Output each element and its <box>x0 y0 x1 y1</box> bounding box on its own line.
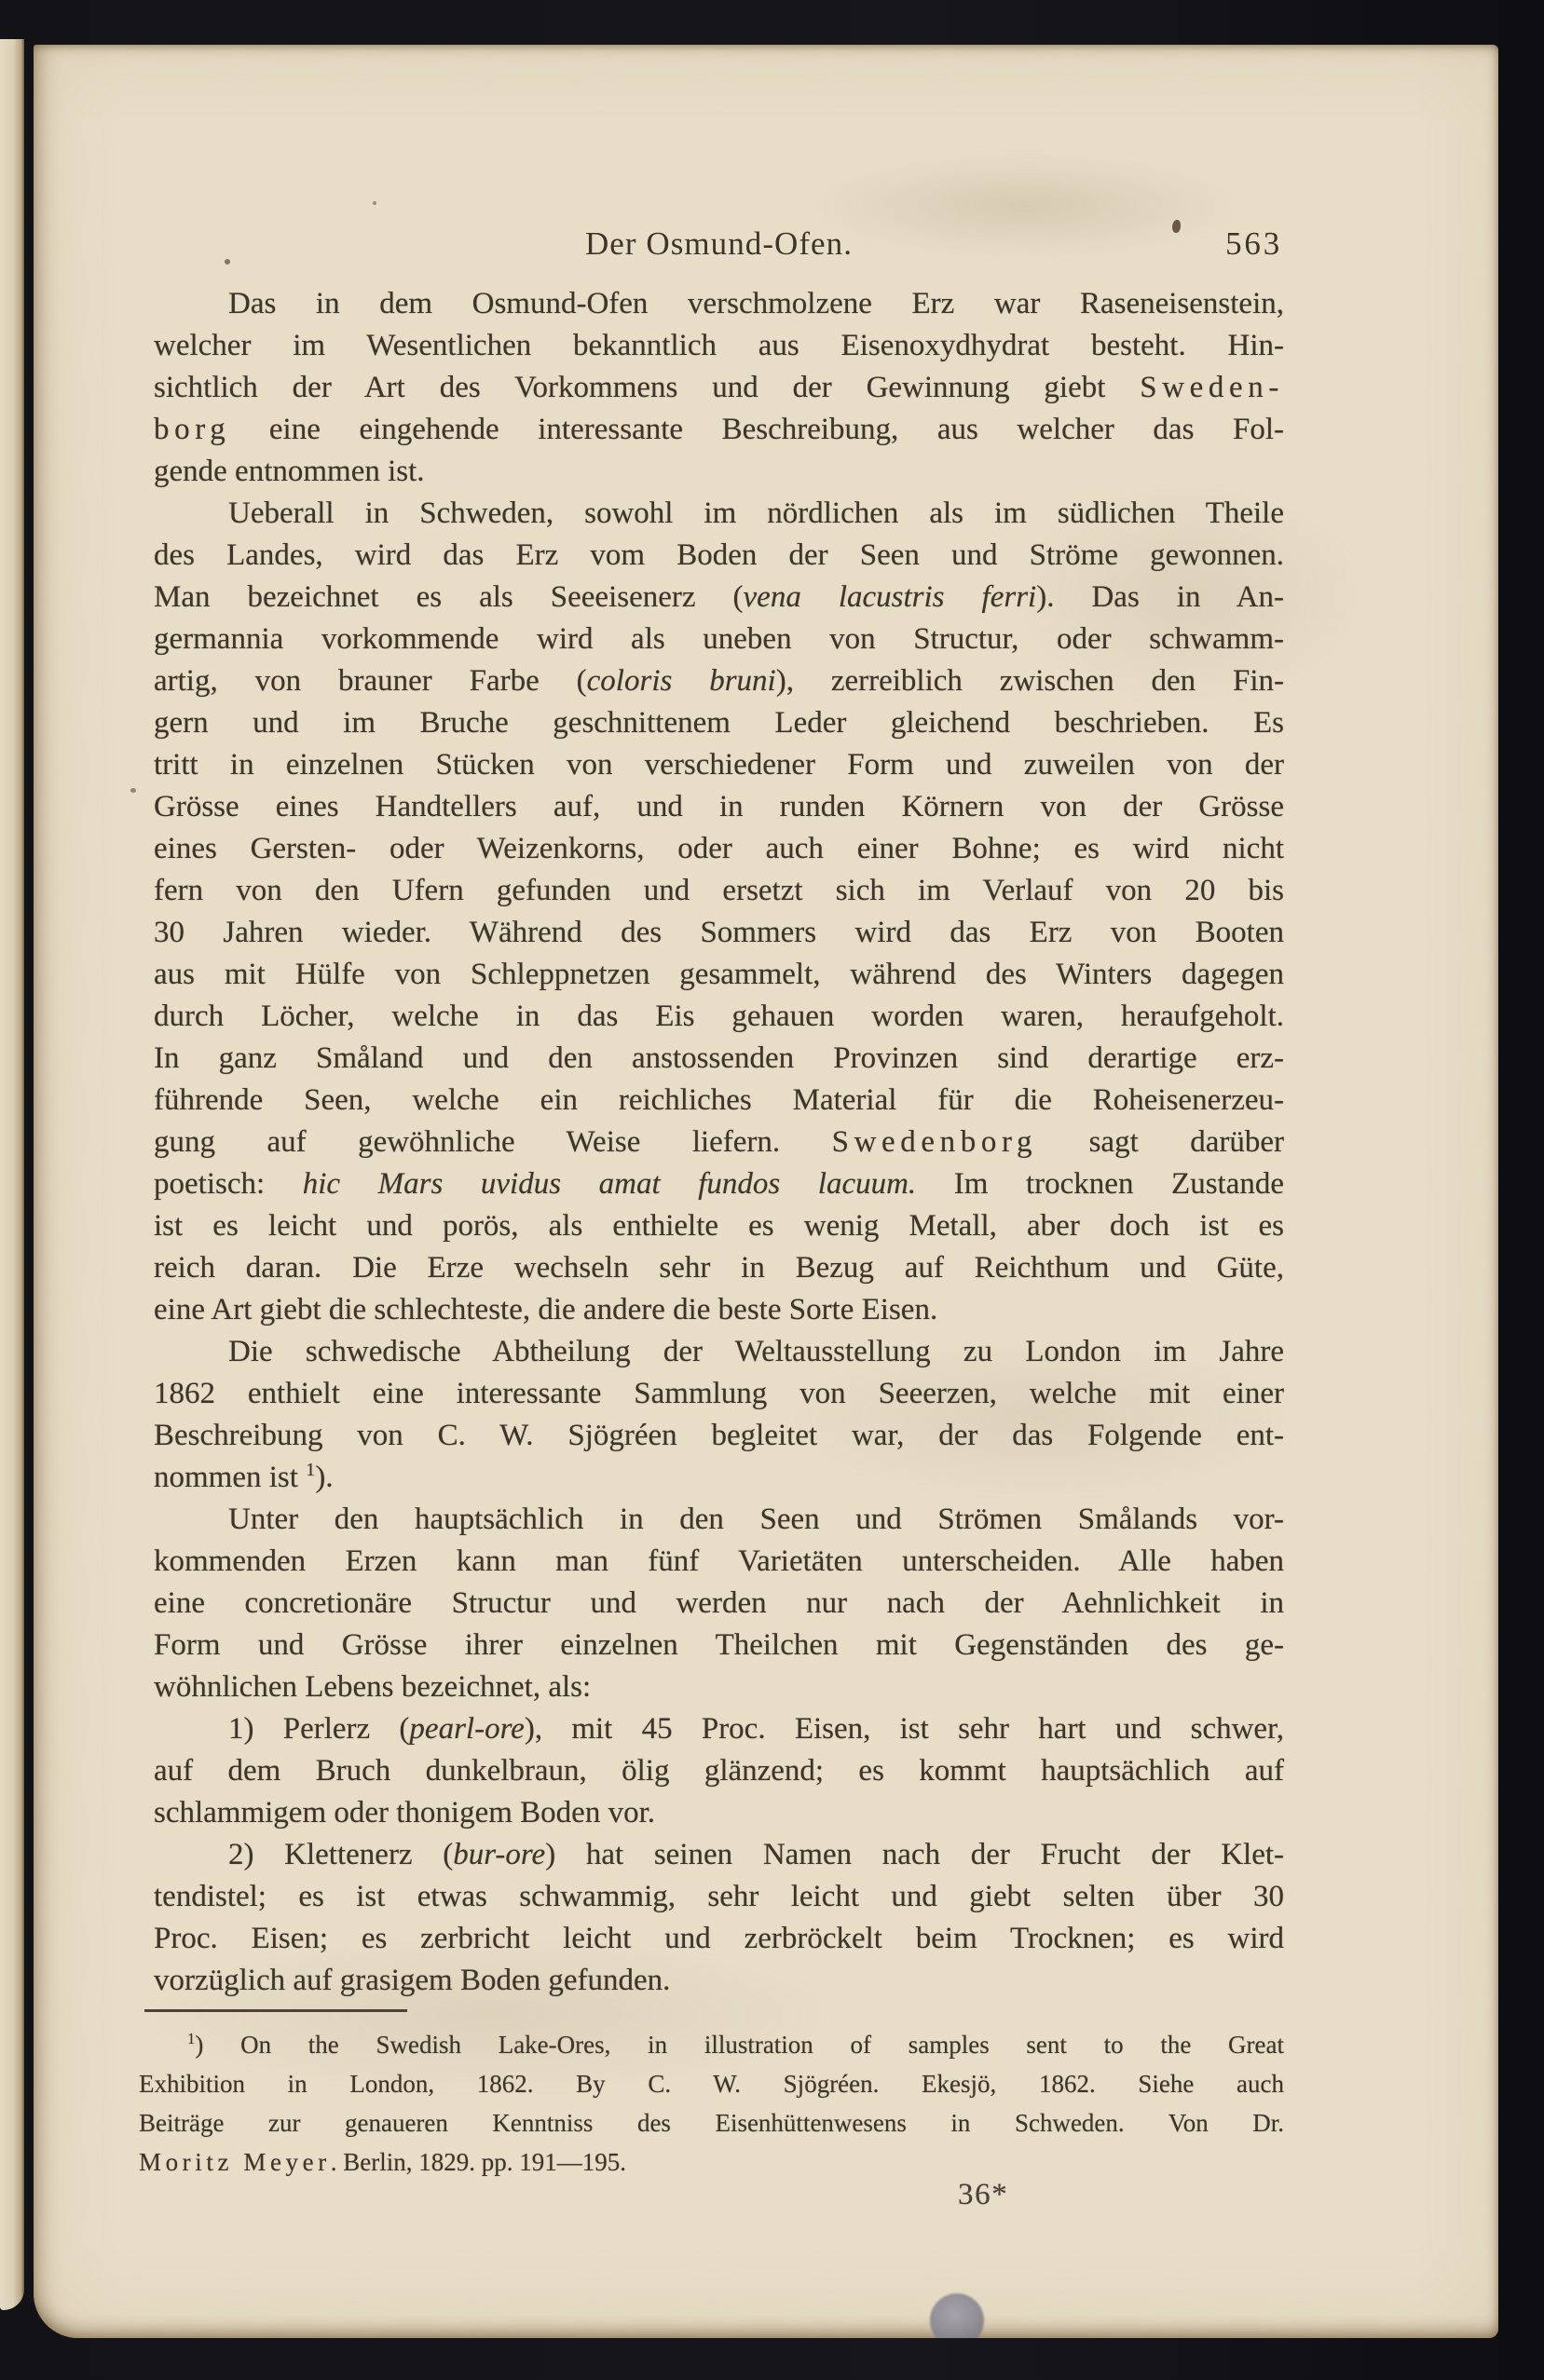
text-line: vorzüglich auf grasigem Boden gefunden. <box>154 1960 1284 2002</box>
text-line: gende entnommen ist. <box>154 451 1284 493</box>
text-line: artig, von brauner Farbe (coloris bruni)… <box>154 660 1284 702</box>
italic-text: hic Mars uvidus amat fundos lacuum. <box>303 1167 916 1201</box>
text-segment: 1862 enthielt eine interessante Sammlung… <box>154 1377 1284 1410</box>
text-segment: Exhibition in London, 1862. By C. W. Sjö… <box>139 2070 1284 2098</box>
paragraph: Unter den hauptsächlich in den Seen und … <box>154 1499 1284 1708</box>
text-segment: ) On the Swedish Lake-Ores, in illustrat… <box>195 2031 1284 2059</box>
text-line: ist es leicht und porös, als enthielte e… <box>154 1205 1284 1247</box>
text-segment: durch Löcher, welche in das Eis gehauen … <box>154 1000 1284 1033</box>
text-line: Exhibition in London, 1862. By C. W. Sjö… <box>139 2064 1284 2103</box>
text-line: borg eine eingehende interessante Beschr… <box>154 409 1284 451</box>
text-line: durch Löcher, welche in das Eis gehauen … <box>154 996 1284 1038</box>
text-segment: des Landes, wird das Erz vom Boden der S… <box>154 538 1284 572</box>
text-line: tendistel; es ist etwas schwammig, sehr … <box>154 1876 1284 1918</box>
text-line: Moritz Meyer. Berlin, 1829. pp. 191—195. <box>139 2142 1284 2182</box>
text-line: Unter den hauptsächlich in den Seen und … <box>154 1499 1284 1541</box>
italic-text: coloris bruni <box>587 664 776 698</box>
text-line: welcher im Wesentlichen bekanntlich aus … <box>154 325 1284 367</box>
text-segment: auf dem Bruch dunkelbraun, ölig glänzend… <box>154 1754 1284 1788</box>
text-line: poetisch: hic Mars uvidus amat fundos la… <box>154 1163 1284 1205</box>
signature-mark: 36* <box>958 2178 1008 2212</box>
text-line: nommen ist 1). <box>154 1457 1284 1499</box>
text-segment: artig, von brauner Farbe ( <box>154 664 587 698</box>
text-segment: Grösse eines Handtellers auf, und in run… <box>154 790 1284 823</box>
italic-text: pearl-ore <box>409 1712 524 1746</box>
text-segment: tritt in einzelnen Stücken von verschied… <box>154 748 1284 782</box>
footnote-text: 1) On the Swedish Lake-Ores, in illustra… <box>139 2025 1284 2182</box>
text-segment: 1) Perlerz ( <box>228 1712 409 1746</box>
text-line: kommenden Erzen kann man fünf Varietäten… <box>154 1541 1284 1583</box>
text-line: eine concretionäre Structur und werden n… <box>154 1583 1284 1625</box>
text-line: sichtlich der Art des Vorkommens und der… <box>154 367 1284 409</box>
text-line: Beiträge zur genaueren Kenntniss des Eis… <box>139 2103 1284 2142</box>
book-page: Der Osmund-Ofen. 563 Das in dem Osmund-O… <box>34 45 1498 2338</box>
text-segment: Das in dem Osmund-Ofen verschmolzene Erz… <box>228 287 1284 320</box>
text-line: In ganz Småland und den anstossenden Pro… <box>154 1038 1284 1080</box>
text-segment: Die schwedische Abtheilung der Weltausst… <box>228 1335 1284 1368</box>
text-segment: Man bezeichnet es als Seeeisenerz ( <box>154 580 744 614</box>
text-line: auf dem Bruch dunkelbraun, ölig glänzend… <box>154 1750 1284 1792</box>
text-segment: sichtlich der Art des Vorkommens und der… <box>154 371 1140 404</box>
scanned-book-spread: Der Osmund-Ofen. 563 Das in dem Osmund-O… <box>0 0 1544 2380</box>
letterspaced-text: Sweden- <box>1140 371 1284 404</box>
text-segment: poetisch: <box>154 1167 303 1201</box>
text-segment: Ueberall in Schweden, sowohl im nördlich… <box>228 496 1284 530</box>
footnote-marker: 1 <box>306 1460 315 1480</box>
page-header: Der Osmund-Ofen. 563 <box>154 222 1284 266</box>
paragraph: 2) Klettenerz (bur-ore) hat seinen Namen… <box>154 1834 1284 2002</box>
text-line: Beschreibung von C. W. Sjögréen begleite… <box>154 1415 1284 1457</box>
text-segment: ). <box>315 1461 333 1494</box>
italic-text: vena lacustris ferri <box>744 580 1037 614</box>
page-number: 563 <box>1225 222 1282 266</box>
text-line: Die schwedische Abtheilung der Weltausst… <box>154 1331 1284 1373</box>
text-segment: . Berlin, 1829. pp. 191—195. <box>331 2148 626 2176</box>
text-segment: ), zerreiblich zwischen den Fin- <box>776 664 1284 698</box>
text-segment: Beschreibung von C. W. Sjögréen begleite… <box>154 1419 1284 1452</box>
text-line: 1) On the Swedish Lake-Ores, in illustra… <box>139 2025 1284 2064</box>
paragraph: Ueberall in Schweden, sowohl im nördlich… <box>154 493 1284 1331</box>
text-segment: eine concretionäre Structur und werden n… <box>154 1586 1284 1620</box>
text-segment: ist es leicht und porös, als enthielte e… <box>154 1209 1284 1243</box>
text-segment: gern und im Bruche geschnittenem Leder g… <box>154 706 1284 740</box>
text-line: des Landes, wird das Erz vom Boden der S… <box>154 535 1284 577</box>
text-line: wöhnlichen Lebens bezeichnet, als: <box>154 1666 1284 1708</box>
text-segment: fern von den Ufern gefunden und ersetzt … <box>154 874 1284 907</box>
text-line: Das in dem Osmund-Ofen verschmolzene Erz… <box>154 283 1284 325</box>
ink-speck <box>373 201 376 205</box>
text-line: reich daran. Die Erze wechseln sehr in B… <box>154 1247 1284 1289</box>
text-segment: ). Das in An- <box>1036 580 1284 614</box>
text-segment: In ganz Småland und den anstossenden Pro… <box>154 1041 1284 1075</box>
text-line: aus mit Hülfe von Schleppnetzen gesammel… <box>154 954 1284 996</box>
text-line: Proc. Eisen; es zerbricht leicht und zer… <box>154 1918 1284 1960</box>
text-segment: gende entnommen ist. <box>154 455 425 488</box>
text-segment: Proc. Eisen; es zerbricht leicht und zer… <box>154 1922 1284 1955</box>
text-line: gern und im Bruche geschnittenem Leder g… <box>154 702 1284 744</box>
text-line: gung auf gewöhnliche Weise liefern. Swed… <box>154 1122 1284 1163</box>
letterspaced-text: borg <box>154 413 230 446</box>
letterspaced-text: Swedenborg <box>832 1125 1037 1159</box>
text-line: tritt in einzelnen Stücken von verschied… <box>154 744 1284 786</box>
text-line: Grösse eines Handtellers auf, und in run… <box>154 786 1284 828</box>
text-segment: sagt darüber <box>1037 1125 1284 1159</box>
text-segment: eine eingehende interessante Beschreibun… <box>230 413 1284 446</box>
text-line: 1862 enthielt eine interessante Sammlung… <box>154 1373 1284 1415</box>
text-segment: wöhnlichen Lebens bezeichnet, als: <box>154 1670 591 1704</box>
text-line: 2) Klettenerz (bur-ore) hat seinen Namen… <box>154 1834 1284 1876</box>
text-segment: Im trocknen Zustande <box>916 1167 1284 1201</box>
text-line: führende Seen, welche ein reichliches Ma… <box>154 1080 1284 1122</box>
text-segment: tendistel; es ist etwas schwammig, sehr … <box>154 1880 1284 1913</box>
text-segment: gung auf gewöhnliche Weise liefern. <box>154 1125 832 1159</box>
text-segment: Unter den hauptsächlich in den Seen und … <box>228 1503 1284 1536</box>
text-segment: nommen ist <box>154 1461 306 1494</box>
text-segment: aus mit Hülfe von Schleppnetzen gesammel… <box>154 958 1284 991</box>
paragraph: Das in dem Osmund-Ofen verschmolzene Erz… <box>154 283 1284 493</box>
page-content: Der Osmund-Ofen. 563 Das in dem Osmund-O… <box>154 222 1284 2182</box>
ink-speck <box>130 788 136 793</box>
text-line: schlammigem oder thonigem Boden vor. <box>154 1792 1284 1834</box>
text-line: 1) Perlerz (pearl-ore), mit 45 Proc. Eis… <box>154 1708 1284 1750</box>
text-segment: vorzüglich auf grasigem Boden gefunden. <box>154 1964 670 1997</box>
text-line: Form und Grösse ihrer einzelnen Theilche… <box>154 1625 1284 1666</box>
text-line: germannia vorkommende wird als uneben vo… <box>154 619 1284 660</box>
text-segment: eines Gersten- oder Weizenkorns, oder au… <box>154 832 1284 865</box>
text-line: eine Art giebt die schlechteste, die and… <box>154 1289 1284 1331</box>
text-line: eines Gersten- oder Weizenkorns, oder au… <box>154 828 1284 870</box>
text-segment: reich daran. Die Erze wechseln sehr in B… <box>154 1251 1284 1285</box>
running-title: Der Osmund-Ofen. <box>585 225 853 262</box>
scanner-artifact-dot <box>930 2293 984 2338</box>
text-segment: ), mit 45 Proc. Eisen, ist sehr hart und… <box>525 1712 1284 1746</box>
body-text: Das in dem Osmund-Ofen verschmolzene Erz… <box>154 283 1284 2002</box>
footnote-separator <box>144 2009 407 2012</box>
text-segment: welcher im Wesentlichen bekanntlich aus … <box>154 329 1284 362</box>
text-segment: schlammigem oder thonigem Boden vor. <box>154 1796 655 1829</box>
text-line: fern von den Ufern gefunden und ersetzt … <box>154 870 1284 912</box>
text-segment: germannia vorkommende wird als uneben vo… <box>154 622 1284 656</box>
text-segment: 2) Klettenerz ( <box>228 1838 453 1871</box>
text-segment: führende Seen, welche ein reichliches Ma… <box>154 1083 1284 1117</box>
text-segment: eine Art giebt die schlechteste, die and… <box>154 1293 937 1326</box>
text-line: 30 Jahren wieder. Während des Sommers wi… <box>154 912 1284 954</box>
text-line: Man bezeichnet es als Seeeisenerz (vena … <box>154 577 1284 619</box>
letterspaced-text: Moritz Meyer <box>139 2148 331 2176</box>
text-segment: Beiträge zur genaueren Kenntniss des Eis… <box>139 2109 1284 2137</box>
text-segment: ) hat seinen Namen nach der Frucht der K… <box>545 1838 1284 1871</box>
adjacent-page-edge <box>0 39 24 2310</box>
paragraph: 1) Perlerz (pearl-ore), mit 45 Proc. Eis… <box>154 1708 1284 1834</box>
text-line: Ueberall in Schweden, sowohl im nördlich… <box>154 493 1284 535</box>
paragraph: Die schwedische Abtheilung der Weltausst… <box>154 1331 1284 1499</box>
italic-text: bur-ore <box>453 1838 545 1871</box>
text-segment: Form und Grösse ihrer einzelnen Theilche… <box>154 1628 1284 1662</box>
text-segment: 30 Jahren wieder. Während des Sommers wi… <box>154 916 1284 949</box>
text-segment: kommenden Erzen kann man fünf Varietäten… <box>154 1544 1284 1578</box>
